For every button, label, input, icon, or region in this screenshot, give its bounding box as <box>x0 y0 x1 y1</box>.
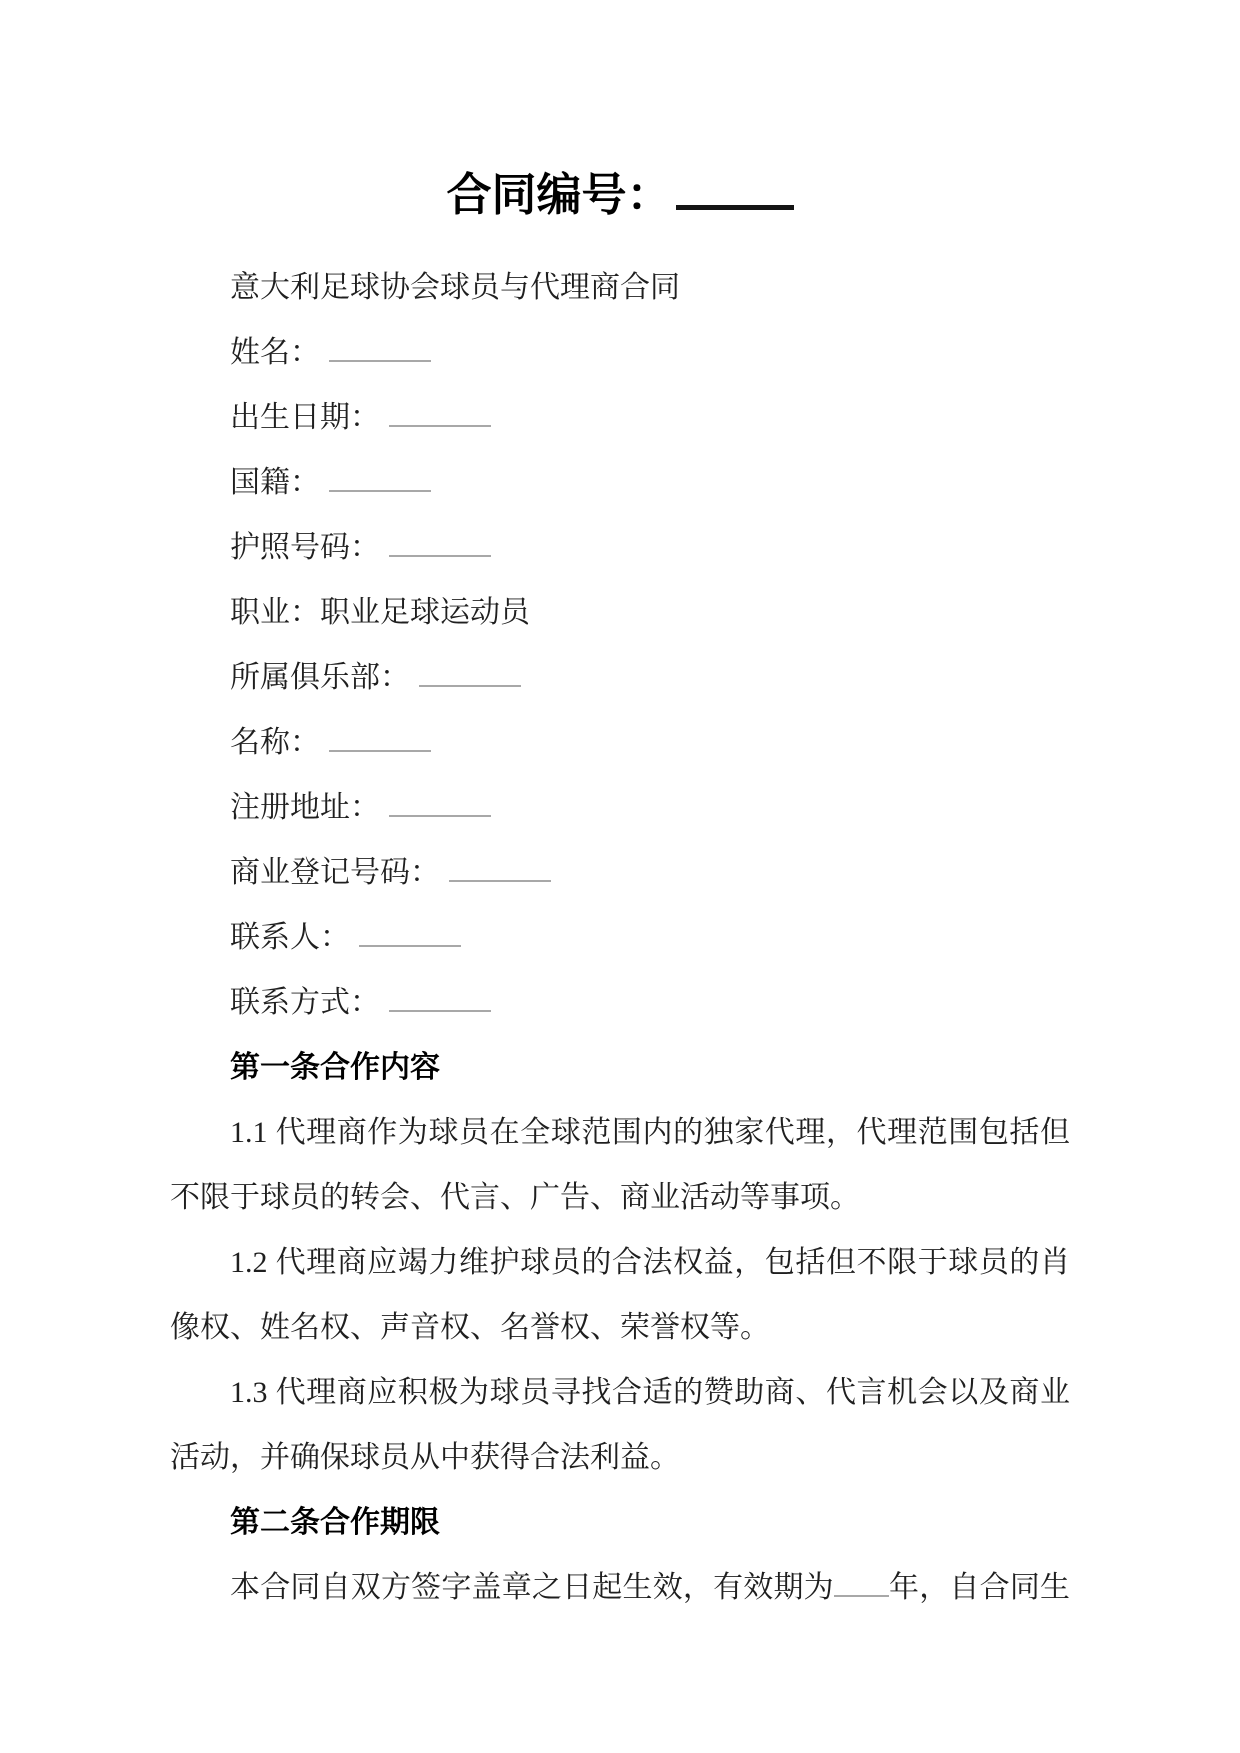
document-page: 合同编号： 意大利足球协会球员与代理商合同 姓名： 出生日期： 国籍： 护照号码… <box>0 0 1240 1753</box>
field-label: 名称： <box>230 726 320 759</box>
field-nationality: 国籍： <box>170 450 1070 515</box>
field-contact-person: 联系人： <box>170 905 1070 970</box>
field-blank <box>449 849 551 882</box>
field-label: 联系人： <box>230 921 350 954</box>
clause-term: 本合同自双方签字盖章之日起生效，有效期为年，自合同生 <box>170 1555 1070 1620</box>
clause-1-1: 1.1 代理商作为球员在全球范围内的独家代理，代理范围包括但不限于球员的转会、代… <box>170 1100 1070 1230</box>
field-blank <box>329 719 431 752</box>
field-label: 联系方式： <box>230 986 380 1019</box>
term-years-blank <box>834 1564 889 1597</box>
page-title: 合同编号： <box>170 165 1070 225</box>
field-blank <box>389 524 491 557</box>
field-blank <box>329 329 431 362</box>
term-post-text: 年，自合同生 <box>889 1571 1070 1604</box>
field-blank <box>389 979 491 1012</box>
field-blank <box>419 654 521 687</box>
field-label: 商业登记号码： <box>230 856 440 889</box>
field-label: 注册地址： <box>230 791 380 824</box>
clause-1-3: 1.3 代理商应积极为球员寻找合适的赞助商、代言机会以及商业活动，并确保球员从中… <box>170 1360 1070 1490</box>
field-label: 出生日期： <box>230 401 380 434</box>
field-blank <box>359 914 461 947</box>
field-blank <box>329 459 431 492</box>
section2-heading: 第二条合作期限 <box>170 1490 1070 1555</box>
contract-number-label: 合同编号： <box>446 169 671 220</box>
field-label: 护照号码： <box>230 531 380 564</box>
field-registered-address: 注册地址： <box>170 775 1070 840</box>
field-birthdate: 出生日期： <box>170 385 1070 450</box>
field-label: 姓名： <box>230 336 320 369</box>
contract-number-blank <box>676 168 794 210</box>
field-label: 国籍： <box>230 466 320 499</box>
term-pre-text: 本合同自双方签字盖章之日起生效，有效期为 <box>230 1571 834 1604</box>
field-passport-number: 护照号码： <box>170 515 1070 580</box>
field-label: 职业：职业足球运动员 <box>230 596 530 629</box>
clause-1-2: 1.2 代理商应竭力维护球员的合法权益，包括但不限于球员的肖像权、姓名权、声音权… <box>170 1230 1070 1360</box>
field-club: 所属俱乐部： <box>170 645 1070 710</box>
section1-heading: 第一条合作内容 <box>170 1035 1070 1100</box>
intro-line: 意大利足球协会球员与代理商合同 <box>170 255 1070 320</box>
field-name: 姓名： <box>170 320 1070 385</box>
field-agency-name: 名称： <box>170 710 1070 775</box>
field-blank <box>389 784 491 817</box>
field-contact-method: 联系方式： <box>170 970 1070 1035</box>
field-label: 所属俱乐部： <box>230 661 410 694</box>
field-business-registration-number: 商业登记号码： <box>170 840 1070 905</box>
field-occupation: 职业：职业足球运动员 <box>170 580 1070 645</box>
field-blank <box>389 394 491 427</box>
